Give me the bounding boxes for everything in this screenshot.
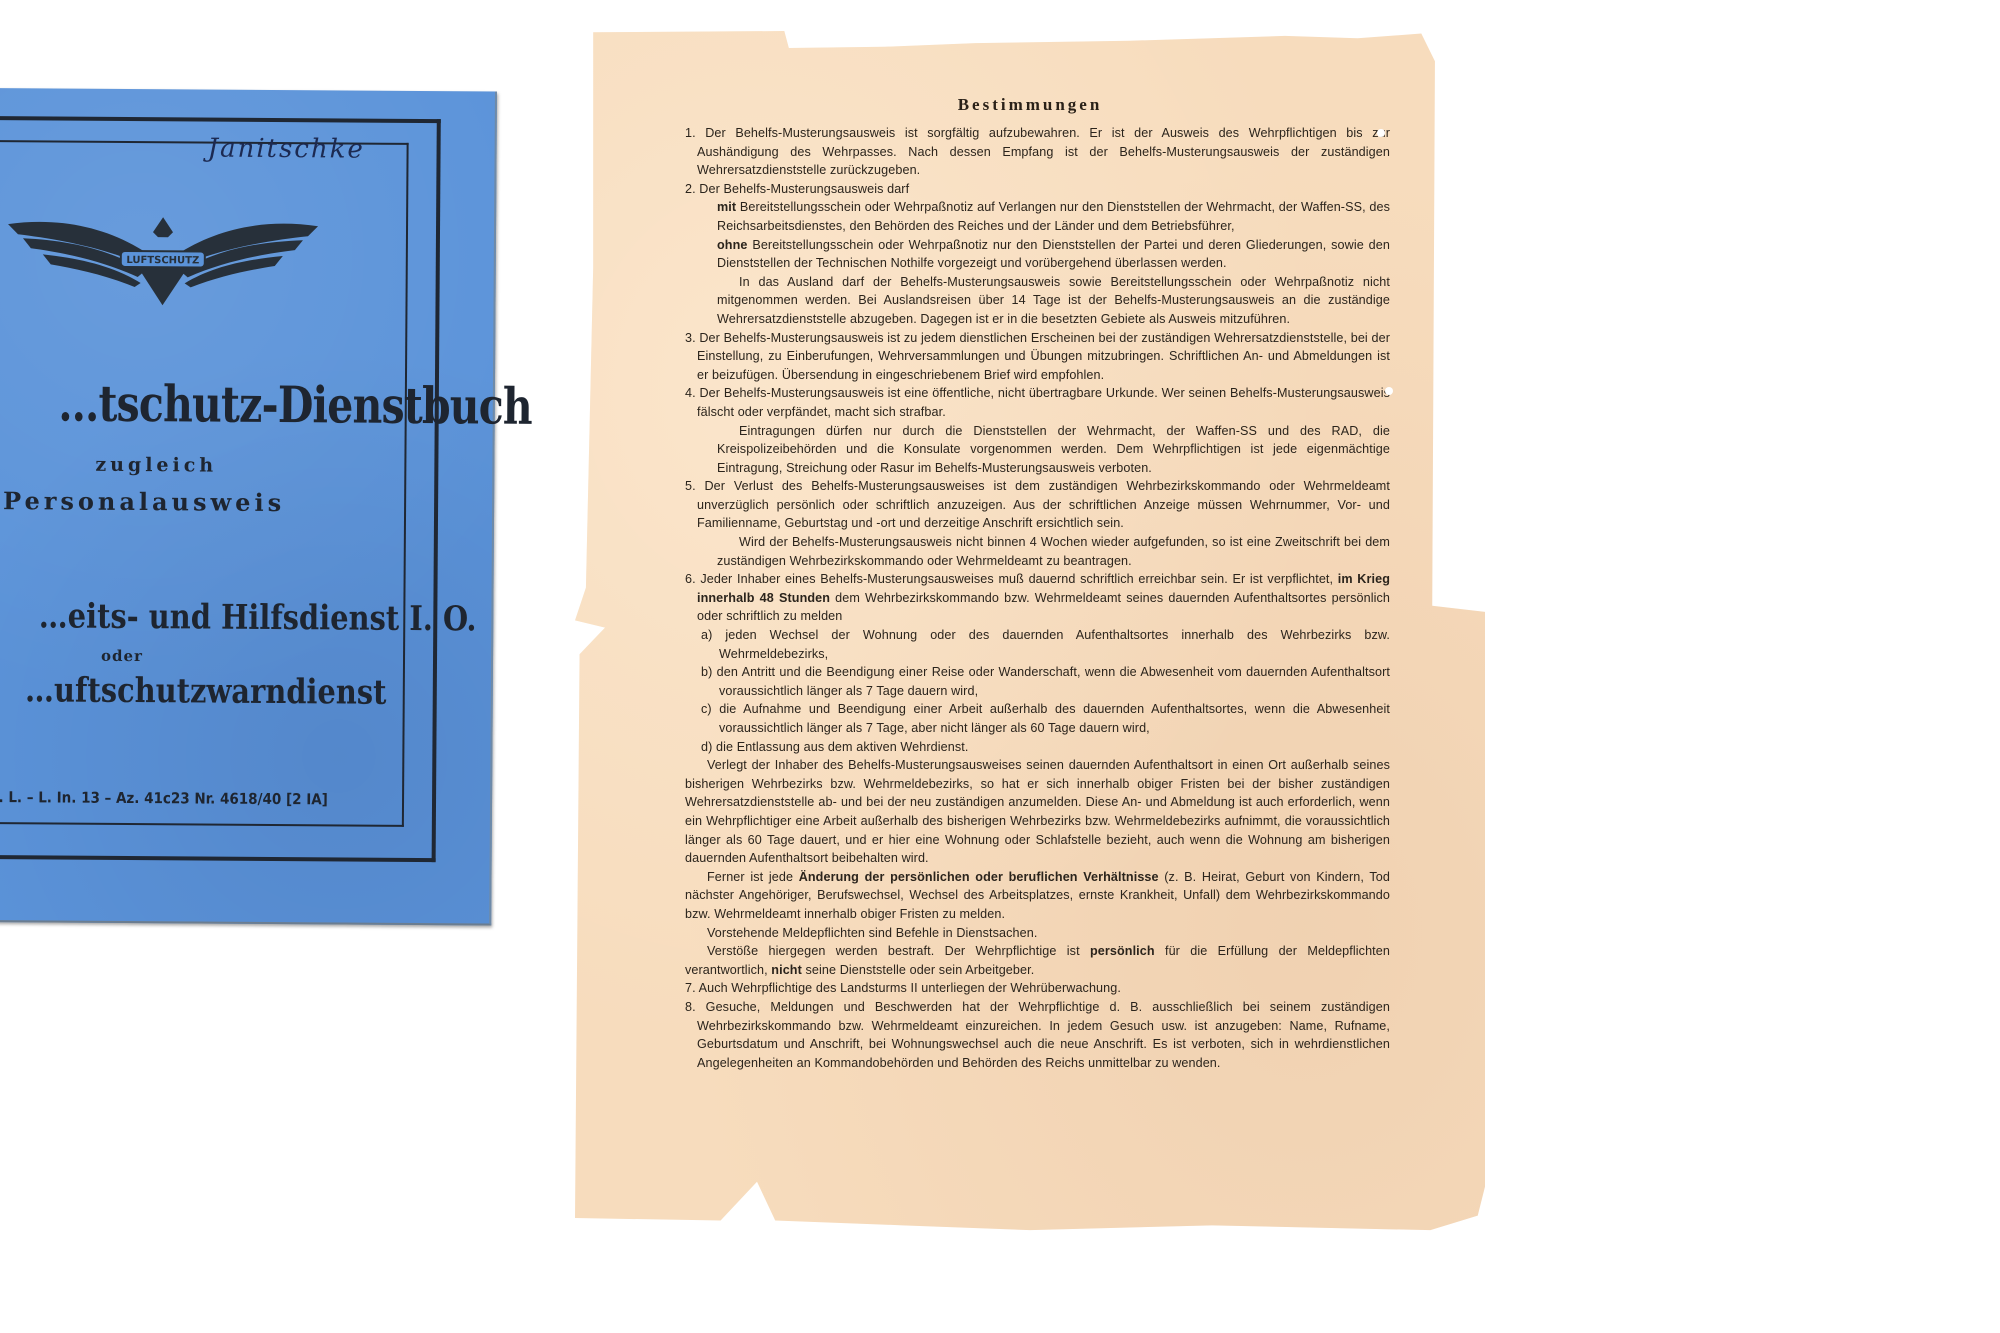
punch-hole <box>1385 387 1393 395</box>
sheet-paragraph: Ferner ist jede Änderung der persönliche… <box>685 868 1390 924</box>
sheet-paragraph: Verlegt der Inhaber des Behelfs-Musterun… <box>685 756 1390 868</box>
sheet-paragraph: a) jeden Wechsel der Wohnung oder des da… <box>685 626 1390 663</box>
sheet-paragraph: Vorstehende Meldepflichten sind Befehle … <box>685 924 1390 943</box>
sheet-paragraph: Verstöße hiergegen werden bestraft. Der … <box>685 942 1390 979</box>
handwritten-name: Janitschke <box>207 134 364 165</box>
sheet-paragraph: 1. Der Behelfs-Musterungsausweis ist sor… <box>685 124 1390 180</box>
sheet-title: Bestimmungen <box>575 95 1485 115</box>
sheet-paragraph: b) den Antritt und die Beendigung einer … <box>685 663 1390 700</box>
sheet-paragraph: 8. Gesuche, Meldungen und Beschwerden ha… <box>685 998 1390 1072</box>
luftschutz-dienstbuch-booklet: Janitschke LUFTSCHUTZ …tschutz-Dienstbuc… <box>0 88 497 926</box>
sheet-paragraph: Eintragungen dürfen nur durch die Dienst… <box>685 422 1390 478</box>
booklet-reference-number: …. L. – L. In. 13 – Az. 41c23 Nr. 4618/4… <box>0 788 323 808</box>
booklet-hilfsdienst: …eits- und Hilfsdienst I. O. <box>39 596 337 638</box>
sheet-paragraph: ohne Bereitstellungsschein oder Wehrpaßn… <box>685 236 1390 273</box>
booklet-warndienst: …uftschutzwarndienst <box>25 670 248 712</box>
booklet-oder: oder <box>101 647 143 665</box>
booklet-zugleich: zugleich <box>95 454 217 477</box>
booklet-personalausweis: Personalausweis <box>3 486 285 517</box>
punch-hole <box>1377 129 1385 137</box>
luftschutz-eagle-emblem-icon: LUFTSCHUTZ <box>2 206 323 308</box>
sheet-paragraph: 5. Der Verlust des Behelfs-Musterungsaus… <box>685 477 1390 533</box>
sheet-paragraph: c) die Aufnahme und Beendigung einer Arb… <box>685 700 1390 737</box>
sheet-paragraph: 6. Jeder Inhaber eines Behelfs-Musterung… <box>685 570 1390 626</box>
booklet-title: …tschutz-Dienstbuch <box>58 373 380 434</box>
sheet-paragraph: Wird der Behelfs-Musterungsausweis nicht… <box>685 533 1390 570</box>
sheet-paragraph: 2. Der Behelfs-Musterungsausweis darf <box>685 180 1390 199</box>
sheet-paragraph: 3. Der Behelfs-Musterungsausweis ist zu … <box>685 329 1390 385</box>
sheet-paragraph: In das Ausland darf der Behelfs-Musterun… <box>685 273 1390 329</box>
sheet-paragraph: d) die Entlassung aus dem aktiven Wehrdi… <box>685 738 1390 757</box>
bestimmungen-sheet: Bestimmungen 1. Der Behelfs-Musterungsau… <box>575 25 1485 1235</box>
svg-text:LUFTSCHUTZ: LUFTSCHUTZ <box>126 255 199 267</box>
sheet-paragraph: 7. Auch Wehrpflichtige des Landsturms II… <box>685 979 1390 998</box>
sheet-body: 1. Der Behelfs-Musterungsausweis ist sor… <box>685 124 1390 1072</box>
sheet-paragraph: 4. Der Behelfs-Musterungsausweis ist ein… <box>685 384 1390 421</box>
sheet-paragraph: mit Bereitstellungsschein oder Wehrpaßno… <box>685 198 1390 235</box>
